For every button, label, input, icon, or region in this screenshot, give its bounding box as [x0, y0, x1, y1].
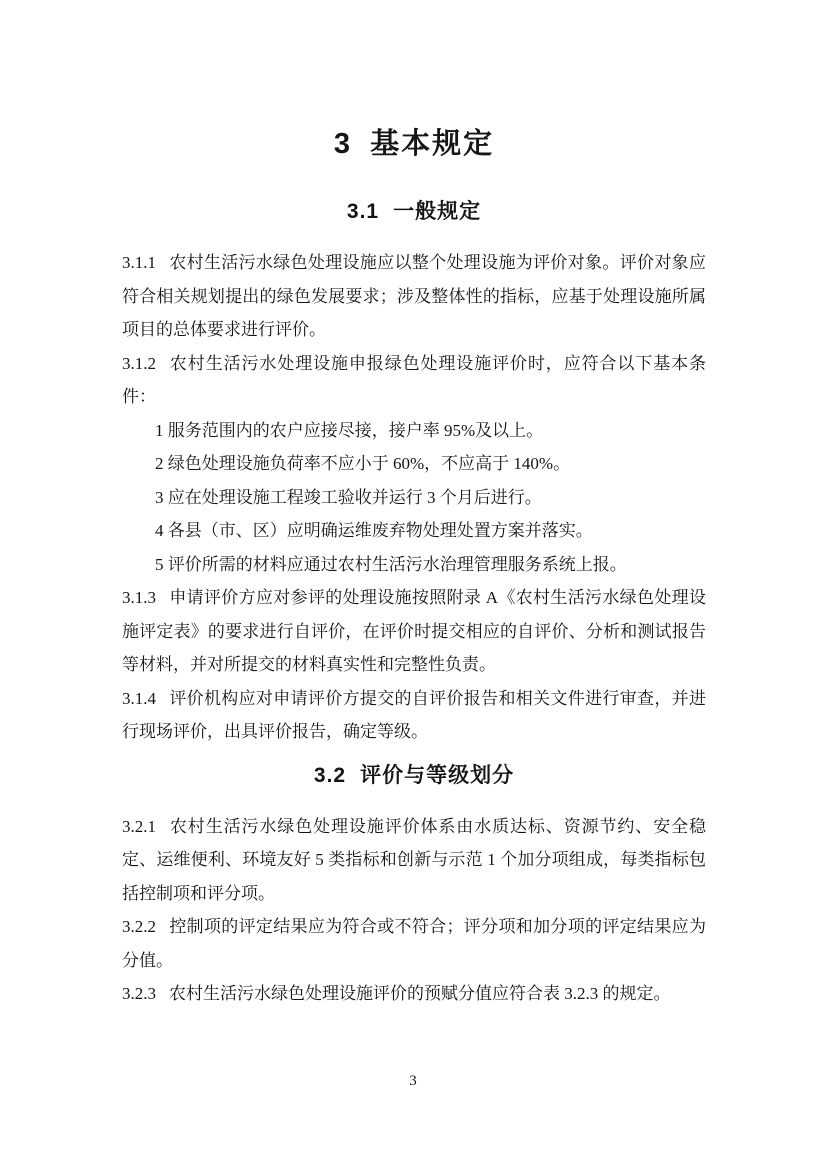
clause-number: 3.2.2	[122, 917, 156, 936]
clause-number: 3.1.2	[122, 354, 156, 373]
chapter-heading: 3基本规定	[122, 0, 706, 161]
clause-3-2-1: 3.2.1农村生活污水绿色处理设施评价体系由水质达标、资源节约、安全稳定、运维便…	[122, 810, 706, 911]
page-content: 3基本规定 3.1一般规定 3.1.1农村生活污水绿色处理设施应以整个处理设施为…	[0, 0, 826, 1011]
clause-3-1-2: 3.1.2农村生活污水处理设施申报绿色处理设施评价时，应符合以下基本条件：	[122, 347, 706, 414]
list-item-3: 3 应在处理设施工程竣工验收并运行 3 个月后进行。	[155, 481, 706, 515]
clause-text: 控制项的评定结果应为符合或不符合；评分项和加分项的评定结果应为分值。	[122, 917, 706, 970]
document-page: 3基本规定 3.1一般规定 3.1.1农村生活污水绿色处理设施应以整个处理设施为…	[0, 0, 826, 1169]
section-number: 3.1	[347, 200, 379, 223]
clause-number: 3.2.1	[122, 817, 156, 836]
clause-number: 3.2.3	[122, 984, 156, 1003]
clause-text: 农村生活污水处理设施申报绿色处理设施评价时，应符合以下基本条件：	[122, 354, 706, 407]
clause-text: 申请评价方应对参评的处理设施按照附录 A《农村生活污水绿色处理设施评定表》的要求…	[122, 588, 706, 674]
list-item-4: 4 各县（市、区）应明确运维废弃物处理处置方案并落实。	[155, 514, 706, 548]
chapter-title: 基本规定	[370, 128, 494, 160]
chapter-number: 3	[334, 128, 352, 160]
section-3-2-body: 3.2.1农村生活污水绿色处理设施评价体系由水质达标、资源节约、安全稳定、运维便…	[122, 810, 706, 1011]
clause-number: 3.1.3	[122, 588, 156, 607]
clause-number: 3.1.4	[122, 689, 156, 708]
clause-text: 农村生活污水绿色处理设施应以整个处理设施为评价对象。评价对象应符合相关规划提出的…	[122, 253, 706, 339]
section-title: 一般规定	[393, 200, 481, 223]
clause-3-1-1: 3.1.1农村生活污水绿色处理设施应以整个处理设施为评价对象。评价对象应符合相关…	[122, 246, 706, 347]
section-heading-3-2: 3.2评价与等级划分	[122, 763, 706, 788]
list-item-5: 5 评价所需的材料应通过农村生活污水治理管理服务系统上报。	[155, 548, 706, 582]
clause-text: 农村生活污水绿色处理设施评价的预赋分值应符合表 3.2.3 的规定。	[169, 984, 671, 1003]
section-3-1-body: 3.1.1农村生活污水绿色处理设施应以整个处理设施为评价对象。评价对象应符合相关…	[122, 246, 706, 749]
section-heading-3-1: 3.1一般规定	[122, 199, 706, 224]
clause-3-2-3: 3.2.3农村生活污水绿色处理设施评价的预赋分值应符合表 3.2.3 的规定。	[122, 977, 706, 1011]
clause-text: 评价机构应对申请评价方提交的自评价报告和相关文件进行审查，并进行现场评价，出具评…	[122, 689, 706, 742]
section-number: 3.2	[314, 764, 346, 787]
list-item-1: 1 服务范围内的农户应接尽接，接户率 95%及以上。	[155, 414, 706, 448]
clause-3-1-4: 3.1.4评价机构应对申请评价方提交的自评价报告和相关文件进行审查，并进行现场评…	[122, 682, 706, 749]
clause-number: 3.1.1	[122, 253, 156, 272]
page-number: 3	[0, 1072, 826, 1090]
section-title: 评价与等级划分	[360, 764, 514, 787]
clause-3-1-3: 3.1.3申请评价方应对参评的处理设施按照附录 A《农村生活污水绿色处理设施评定…	[122, 581, 706, 682]
clause-text: 农村生活污水绿色处理设施评价体系由水质达标、资源节约、安全稳定、运维便利、环境友…	[122, 817, 706, 903]
list-item-2: 2 绿色处理设施负荷率不应小于 60%，不应高于 140%。	[155, 447, 706, 481]
clause-3-2-2: 3.2.2控制项的评定结果应为符合或不符合；评分项和加分项的评定结果应为分值。	[122, 910, 706, 977]
